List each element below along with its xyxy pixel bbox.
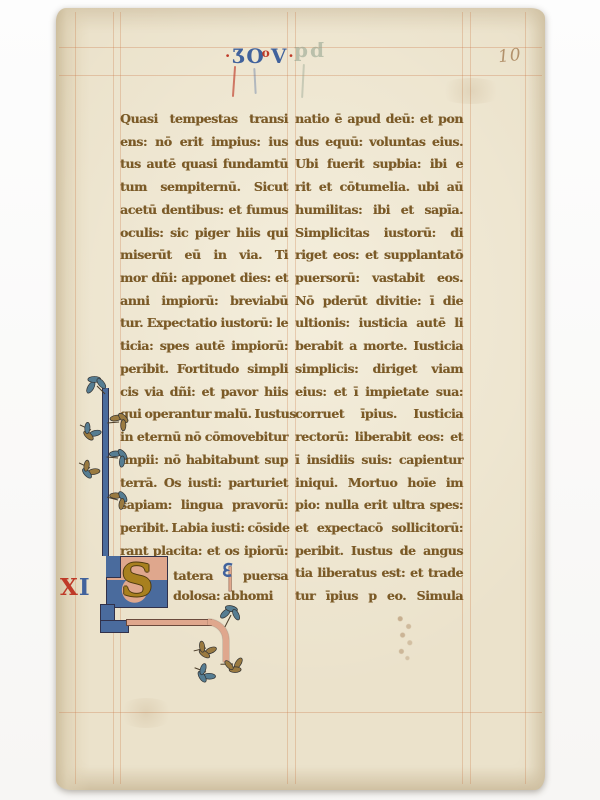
illuminated-initial: S (106, 556, 168, 608)
text-line: humilitas: ibi et sapīa. (295, 199, 463, 222)
running-header-letter: o (262, 47, 270, 59)
text-line: terrā. Os iusti: parturiet (120, 472, 288, 495)
text-line: rectorū: liberabit eos: et (295, 426, 463, 449)
showthrough-flourish (301, 64, 304, 98)
text-line: mor dñi: apponet dies: et (120, 267, 288, 290)
text-line: miserūt eū in via. Ti (120, 244, 288, 267)
text-column-left: Quasi tempestas transiens: nō erit impiu… (120, 108, 288, 608)
photograph-background: · Ʒ O o V · bq 10 XI Quasi tempestas tra… (0, 0, 600, 800)
ruling-line-vertical (525, 12, 526, 784)
chapter-numeral-i: I (79, 574, 90, 601)
text-line: peribit. Labia iusti: cōside (120, 517, 288, 540)
word-before-mark: tatera (173, 568, 213, 583)
blue-flourish (253, 68, 256, 94)
running-header-letter: · (225, 49, 230, 64)
parchment-blotch (116, 698, 176, 728)
text-line: ens: nō erit impius: ius (120, 131, 288, 154)
text-line: anni impiorū: breviabū (120, 290, 288, 313)
ink-speckle-stain (393, 613, 417, 661)
text-line: Quasi tempestas transi (120, 108, 288, 131)
chapter-numeral: XI (60, 576, 90, 599)
ivy-leaf-icon (80, 369, 115, 403)
text-line: Nō pderūt divitie: ī die (295, 290, 463, 313)
ivy-leaf-icon (75, 415, 106, 445)
ruling-line-vertical (113, 12, 114, 784)
text-line: tum sempiternū. Sicut (120, 176, 288, 199)
text-line: berabit a morte. Iusticia (295, 335, 463, 358)
text-line: ultionis: iusticia autē li (295, 312, 463, 335)
text-line: peribit. Fortitudo simpli (120, 358, 288, 381)
text-line: Simplicitas iustorū: di (295, 222, 463, 245)
text-line: iniqui. Mortuo hoīe im (295, 472, 463, 495)
ruling-line-vertical (75, 12, 76, 784)
text-line: ticia: spes autē impiorū: (120, 335, 288, 358)
text-line: natio ē apud deū: et pon (295, 108, 463, 131)
initial-tail-foot (100, 620, 129, 633)
text-column-right: natio ē apud deū: et pondus equū: volunt… (295, 108, 463, 608)
ruling-line-vertical (470, 12, 471, 784)
initial-letter: S (121, 558, 154, 603)
manuscript-leaf: · Ʒ O o V · bq 10 XI Quasi tempestas tra… (56, 8, 545, 790)
chapter-numeral-x: X (60, 574, 78, 601)
text-line: acetū dentibus: et fumus (120, 199, 288, 222)
text-line: oculis: sic piger hiis qui (120, 222, 288, 245)
text-line: impii: nō habitabunt sup (120, 449, 288, 472)
text-line: cis via dñi: et pavor hiis (120, 381, 288, 404)
text-line: rit et cōtumelia. ubi aū (295, 176, 463, 199)
text-lines: Quasi tempestas transiens: nō erit impiu… (120, 108, 288, 562)
ivy-leaf-icon (74, 452, 107, 483)
text-line: Ubi fuerit supbia: ibi e (295, 153, 463, 176)
text-line: tus autē quasi fundamtū (120, 153, 288, 176)
text-line: sapiam: lingua pravorū: (120, 494, 288, 517)
text-line: dus equū: voluntas eius. (295, 131, 463, 154)
showthrough-header-letters: bq (292, 38, 324, 62)
running-header-letter: V (271, 46, 287, 66)
folio-number: 10 (497, 45, 523, 67)
text-line: pio: nulla erit ultra spes: (295, 494, 463, 517)
parchment-blotch (436, 78, 506, 104)
text-line: in eternū nō cōmovebitur (120, 426, 288, 449)
text-line: simplicis: diriget viam (295, 358, 463, 381)
text-lines: natio ē apud deū: et pondus equū: volunt… (295, 108, 463, 608)
text-line: tur īpius p eo. Simula (295, 585, 463, 608)
text-line: qui operantur malū. Iustus (120, 403, 288, 426)
word-after-mark: puersa (243, 568, 288, 583)
text-line: puersorū: vastabit eos. (295, 267, 463, 290)
text-line: ī insidiis suis: capientur (295, 449, 463, 472)
text-line: et expectacō sollicitorū: (295, 517, 463, 540)
text-line: corruet īpius. Iusticia (295, 403, 463, 426)
ruling-line-horizontal (59, 75, 542, 76)
text-line: riget eos: et supplantatō (295, 244, 463, 267)
running-header-letter: Ʒ (232, 46, 245, 66)
initial-ground-corner (106, 556, 121, 578)
text-line: eius: et ī impietate sua: (295, 381, 463, 404)
text-line: tia liberatus est: et trade (295, 562, 463, 585)
text-line: tur. Expectatio iustorū: le (120, 312, 288, 335)
vine-bar (126, 619, 212, 626)
text-line: peribit. Iustus de angus (295, 540, 463, 563)
